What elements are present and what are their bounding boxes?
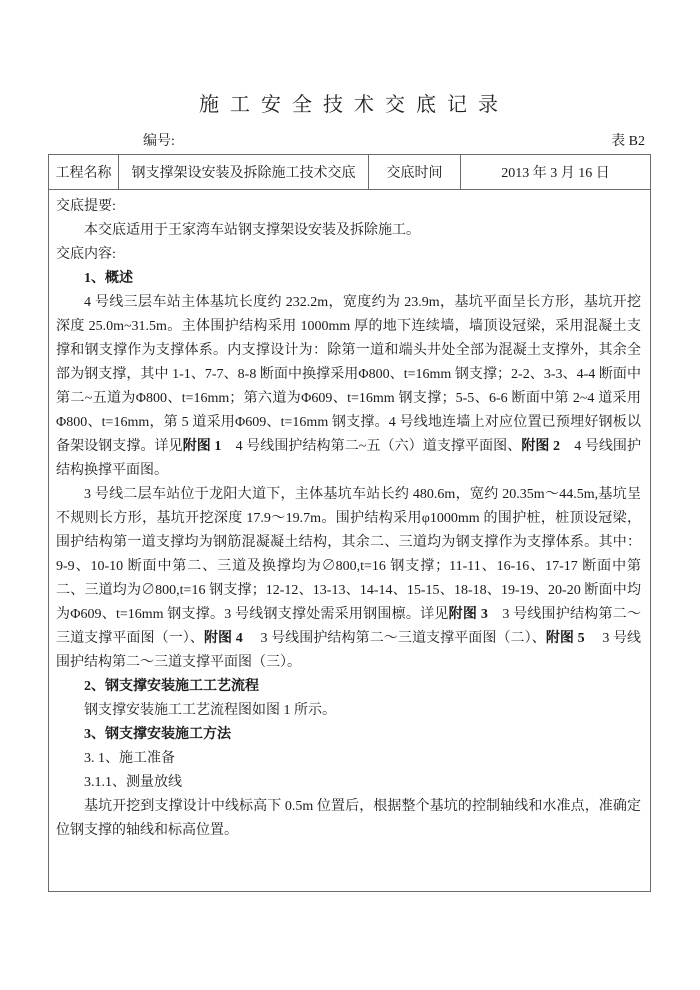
figure-1-reference: 附图 1 [183,439,222,454]
project-name-value: 钢支撑架设安装及拆除施工技术交底 [119,155,369,190]
content-label: 交底内容: [56,243,641,267]
project-name-label: 工程名称 [49,155,119,190]
meta-row: 编号: 表 B2 [48,130,650,150]
paragraph-text: 4 号线围护结构第二~五（六）道支撑平面图、 [221,439,521,454]
paragraph-text: 3 号线二层车站位于龙阳大道下，主体基坑车站长约 480.6m，宽约 20.35… [56,487,641,622]
summary-text: 本交底适用于王家湾车站钢支撑架设安装及拆除施工。 [56,219,641,243]
header-row: 工程名称 钢支撑架设安装及拆除施工技术交底 交底时间 2013 年 3 月 16… [49,155,651,190]
disclosure-time-label: 交底时间 [369,155,461,190]
section-1-paragraph-1: 4 号线三层车站主体基坑长度约 232.2m，宽度约为 23.9m，基坑平面呈长… [56,291,641,483]
figure-3-reference: 附图 3 [449,607,488,622]
summary-label: 交底提要: [56,195,641,219]
document-page: 施 工 安 全 技 术 交 底 记 录 编号: 表 B2 工程名称 钢支撑架设安… [0,0,700,990]
doc-number-label: 编号: [143,130,175,150]
section-3-body: 基坑开挖到支撑设计中线标高下 0.5m 位置后，根据整个基坑的控制轴线和水准点，… [56,795,641,843]
content-cell: 交底提要: 本交底适用于王家湾车站钢支撑架设安装及拆除施工。 交底内容: 1、概… [49,190,651,892]
disclosure-time-value: 2013 年 3 月 16 日 [461,155,651,190]
section-3-heading: 3、钢支撑安装施工方法 [56,723,641,747]
form-number: 表 B2 [611,130,645,150]
paragraph-text: 4 号线三层车站主体基坑长度约 232.2m，宽度约为 23.9m，基坑平面呈长… [56,295,641,454]
section-2-heading: 2、钢支撑安装施工工艺流程 [56,675,641,699]
section-1-paragraph-2: 3 号线二层车站位于龙阳大道下，主体基坑车站长约 480.6m，宽约 20.35… [56,483,641,675]
section-3-1-heading: 3. 1、施工准备 [56,747,641,771]
disclosure-table: 工程名称 钢支撑架设安装及拆除施工技术交底 交底时间 2013 年 3 月 16… [48,154,651,892]
content-row: 交底提要: 本交底适用于王家湾车站钢支撑架设安装及拆除施工。 交底内容: 1、概… [49,190,651,892]
figure-4-reference: 附图 4 [204,631,243,646]
section-3-1-1-heading: 3.1.1、测量放线 [56,771,641,795]
figure-5-reference: 附图 5 [546,631,585,646]
page-title: 施 工 安 全 技 术 交 底 记 录 [0,0,700,117]
section-2-body: 钢支撑安装施工工艺流程图如图 1 所示。 [56,699,641,723]
paragraph-text: 3 号线围护结构第二～三道支撑平面图（二）、 [243,631,546,646]
section-1-heading: 1、概述 [56,267,641,291]
figure-2-reference: 附图 2 [521,439,560,454]
